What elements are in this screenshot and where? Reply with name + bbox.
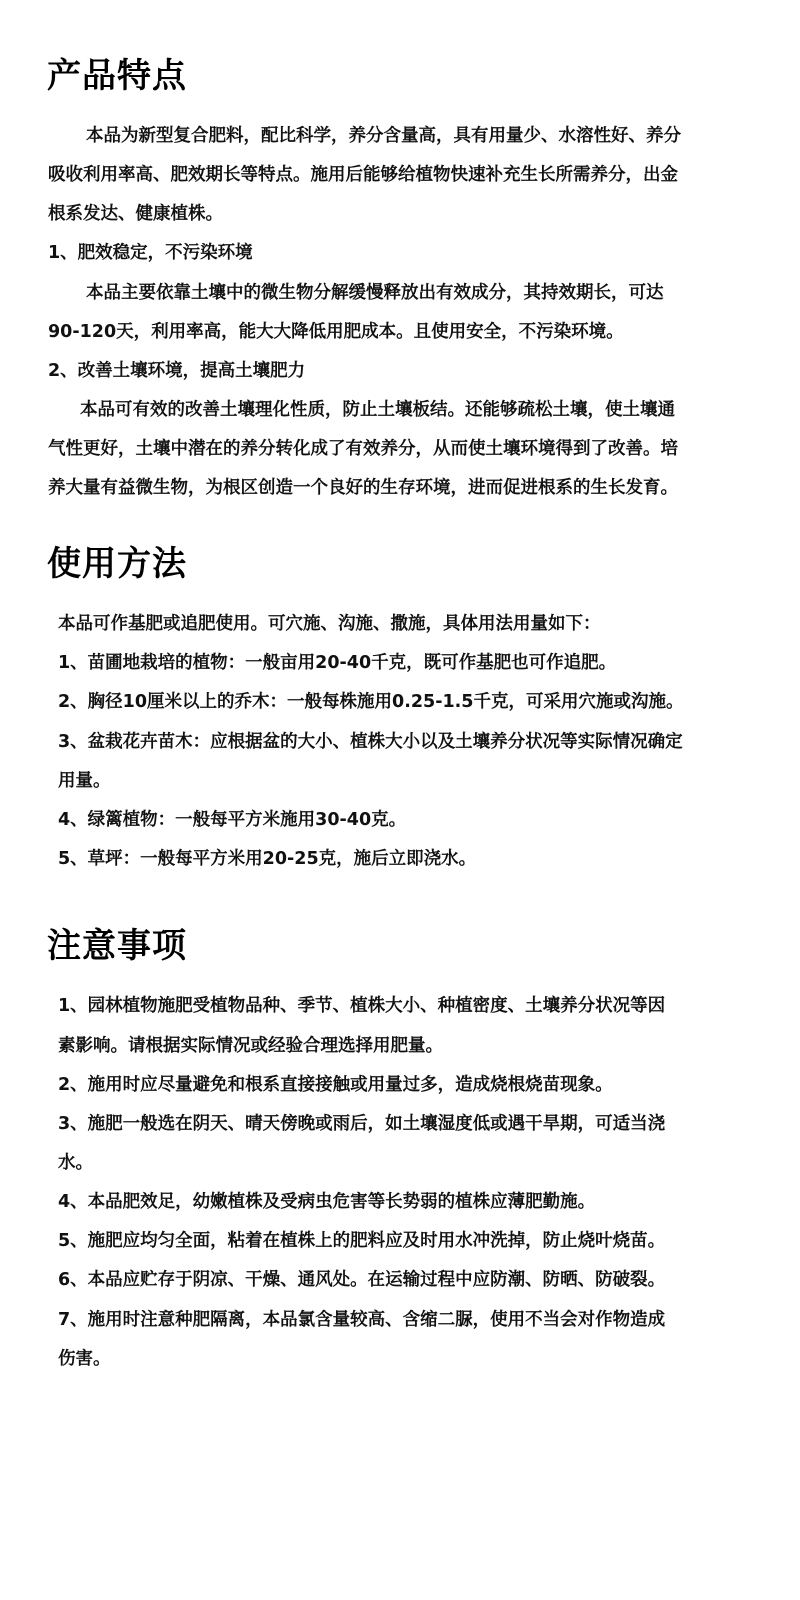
features-intro-line: 本品为新型复合肥料，配比科学，养分含量高，具有用量少、水溶性好、养分 <box>86 124 681 148</box>
notes-line: 5、施肥应均匀全面，粘着在植株上的肥料应及时用水冲洗掉，防止烧叶烧苗。 <box>58 1229 665 1253</box>
notes-line: 6、本品应贮存于阴凉、干燥、通风处。在运输过程中应防潮、防晒、防破裂。 <box>58 1268 665 1292</box>
notes-line: 4、本品肥效足，幼嫩植株及受病虫危害等长势弱的植株应薄肥勤施。 <box>58 1190 595 1214</box>
usage-line: 4、绿篱植物：一般每平方米施用30-40克。 <box>58 808 406 832</box>
notes-line: 3、施肥一般选在阴天、晴天傍晚或雨后，如土壤湿度低或遇干旱期，可适当浇 <box>58 1112 665 1136</box>
usage-line: 用量。 <box>58 769 111 793</box>
notes-line: 2、施用时应尽量避免和根系直接接触或用量过多，造成烧根烧苗现象。 <box>58 1073 613 1097</box>
features-intro-line: 吸收利用率高、肥效期长等特点。施用后能够给植物快速补充生长所需养分，出金 <box>48 163 678 187</box>
usage-line: 2、胸径10厘米以上的乔木：一般每株施用0.25-1.5千克，可采用穴施或沟施。 <box>58 690 683 714</box>
section-title-usage: 使用方法 <box>47 544 187 584</box>
usage-line: 5、草坪：一般每平方米用20-25克，施后立即浇水。 <box>58 847 476 871</box>
section-title-notes: 注意事项 <box>47 926 187 966</box>
notes-line: 7、施用时注意种肥隔离，本品氯含量较高、含缩二脲，使用不当会对作物造成 <box>58 1308 665 1332</box>
feature-point-1-title: 1、肥效稳定，不污染环境 <box>48 241 253 265</box>
feature-point-2-text: 气性更好，土壤中潜在的养分转化成了有效养分，从而使土壤环境得到了改善。培 <box>48 437 678 461</box>
feature-point-2-text: 养大量有益微生物，为根区创造一个良好的生存环境，进而促进根系的生长发育。 <box>48 476 678 500</box>
section-title-features: 产品特点 <box>47 56 187 96</box>
notes-line: 素影响。请根据实际情况或经验合理选择用肥量。 <box>58 1034 443 1058</box>
features-intro-line: 根系发达、健康植株。 <box>48 202 223 226</box>
feature-point-2-title: 2、改善土壤环境，提高土壤肥力 <box>48 359 305 383</box>
usage-line: 1、苗圃地栽培的植物：一般亩用20-40千克，既可作基肥也可作追肥。 <box>58 651 616 675</box>
feature-point-1-text: 本品主要依靠土壤中的微生物分解缓慢释放出有效成分，其持效期长，可达 <box>86 281 664 305</box>
usage-line: 本品可作基肥或追肥使用。可穴施、沟施、撒施，具体用法用量如下： <box>58 612 601 636</box>
feature-point-2-text: 本品可有效的改善土壤理化性质，防止土壤板结。还能够疏松土壤，使土壤通 <box>80 398 675 422</box>
notes-line: 水。 <box>58 1151 93 1175</box>
notes-line: 伤害。 <box>58 1347 111 1371</box>
notes-line: 1、园林植物施肥受植物品种、季节、植株大小、种植密度、土壤养分状况等因 <box>58 994 665 1018</box>
usage-line: 3、盆栽花卉苗木：应根据盆的大小、植株大小以及土壤养分状况等实际情况确定 <box>58 730 683 754</box>
feature-point-1-text: 90-120天，利用率高，能大大降低用肥成本。且使用安全，不污染环境。 <box>48 320 624 344</box>
